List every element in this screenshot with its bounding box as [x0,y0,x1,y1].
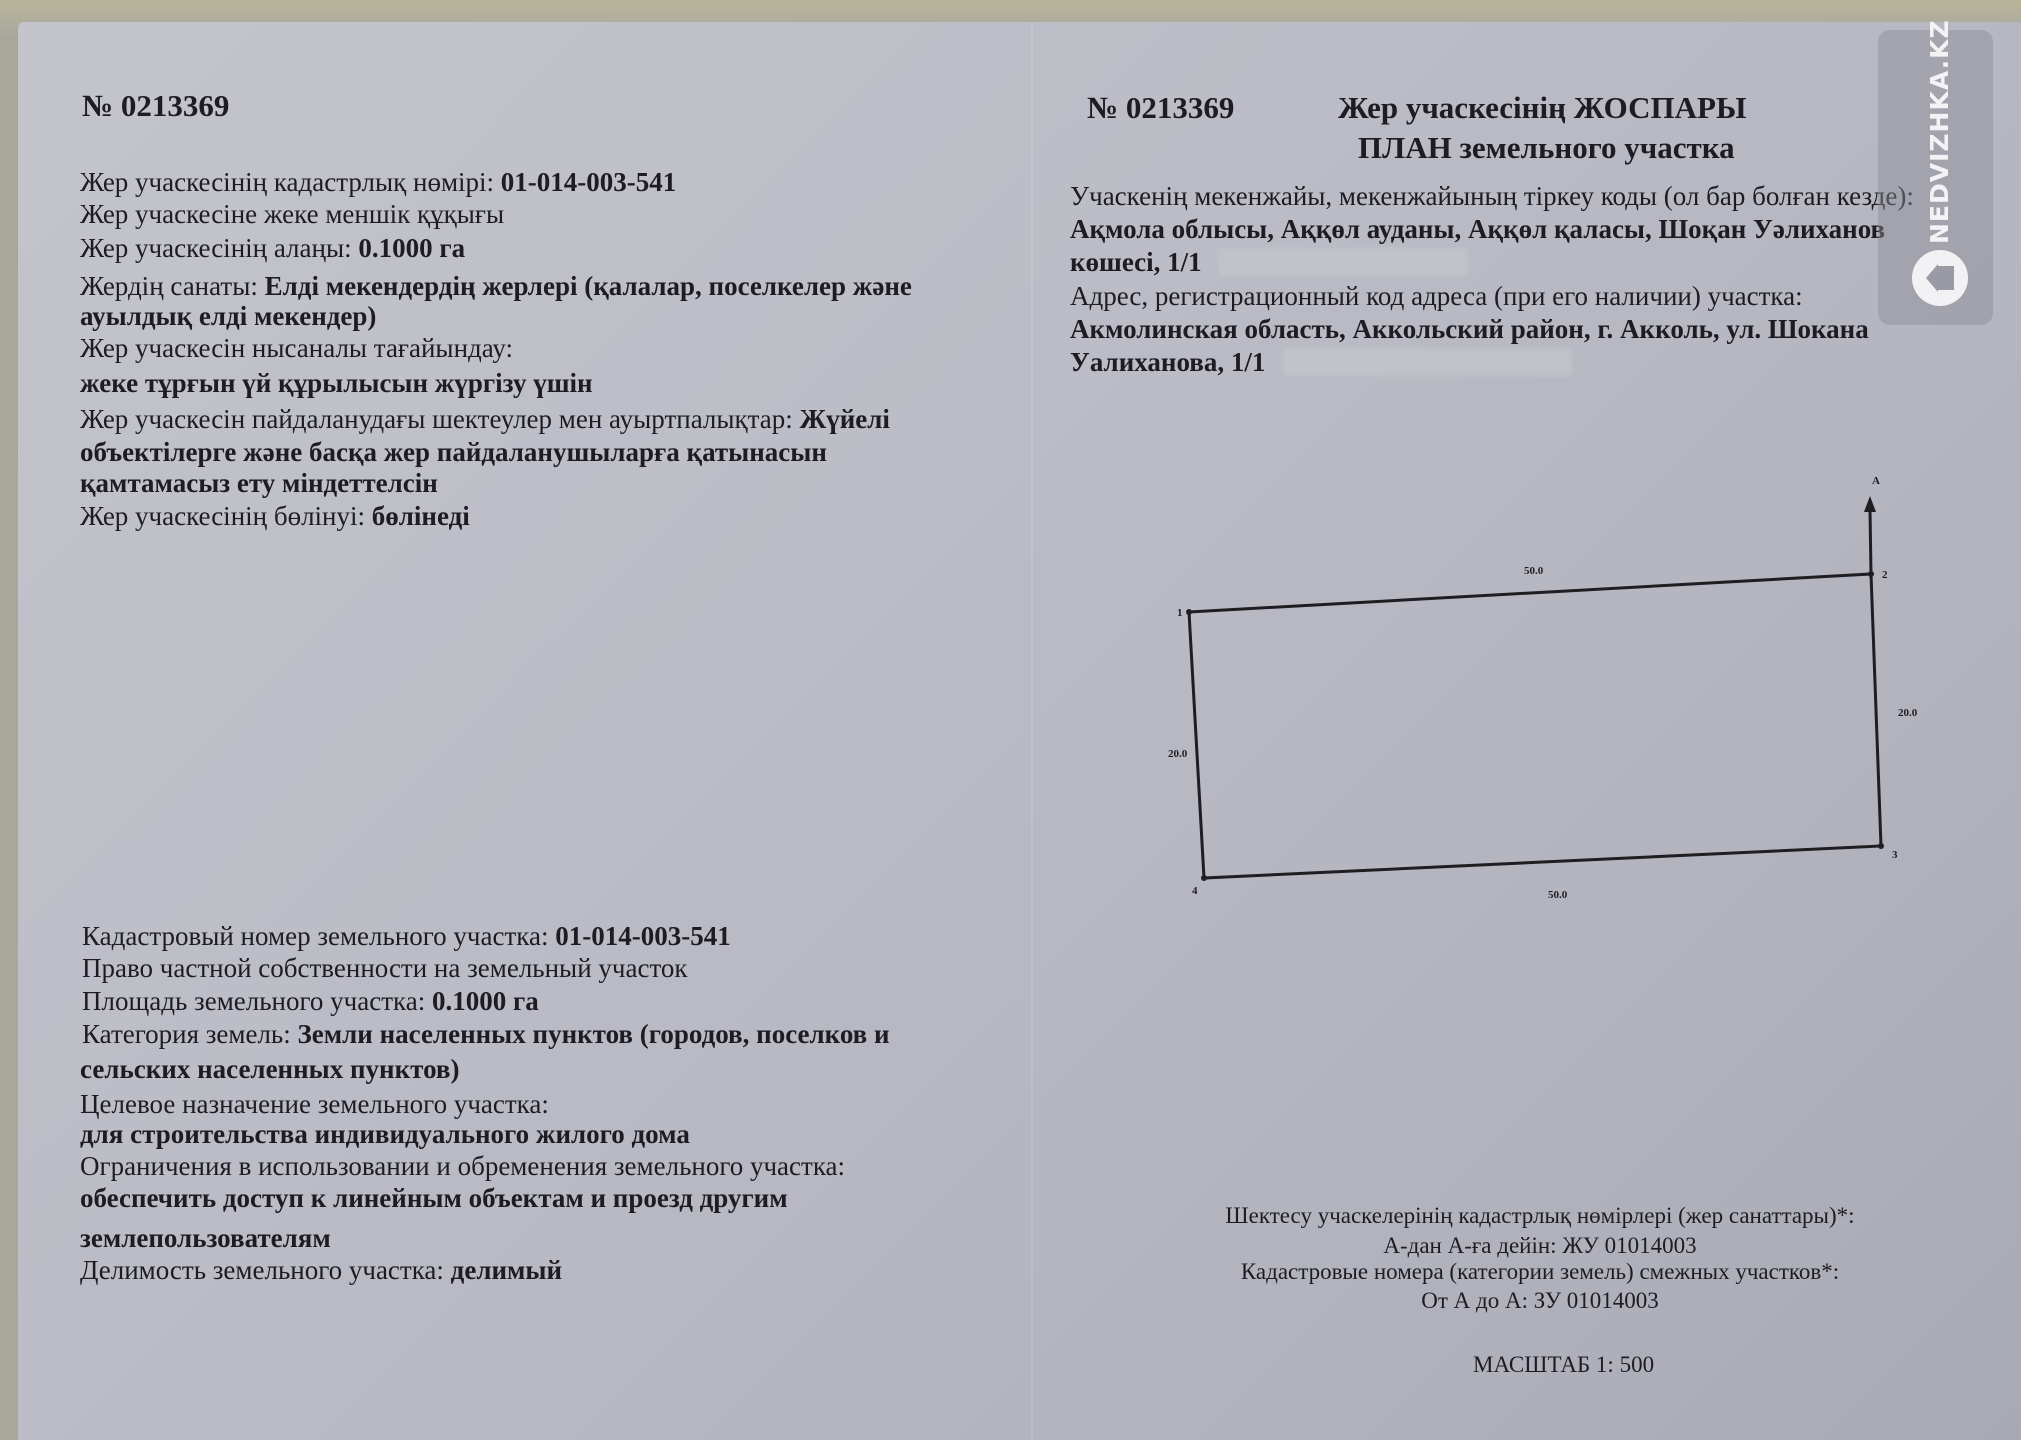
corner-marker [1201,875,1207,881]
corner-label-2: 2 [1882,569,1888,581]
side-label-left: 20.0 [1168,748,1188,760]
plot-boundary [1189,574,1881,878]
corner-label-1: 1 [1177,607,1183,619]
adjacent-ru-value: От А до А: ЗУ 01014003 [1150,1286,1930,1315]
scale-label: МАСШТАБ 1: 500 [1473,1350,1654,1379]
corner-label-4: 4 [1192,885,1198,897]
corner-label-3: 3 [1892,849,1898,861]
corner-marker [1878,843,1884,849]
north-arrow-icon [1864,496,1876,574]
house-logo-icon [1912,250,1968,306]
corner-marker [1186,609,1192,615]
adjacent-kz-label: Шектесу учаскелерінің кадастрлық нөмірле… [1150,1201,1930,1230]
watermark-text: NEDVIZHKA.KZ [1925,44,1959,244]
north-label: А [1872,475,1880,487]
side-label-top: 50.0 [1524,565,1544,577]
adjacent-ru-label: Кадастровые номера (категории земель) см… [1150,1257,1930,1286]
side-label-right: 20.0 [1898,707,1918,719]
adjacent-kz-value: А-дан А-ға дейін: ЖУ 01014003 [1150,1231,1930,1260]
side-label-bottom: 50.0 [1548,889,1568,901]
corner-marker [1868,571,1874,577]
